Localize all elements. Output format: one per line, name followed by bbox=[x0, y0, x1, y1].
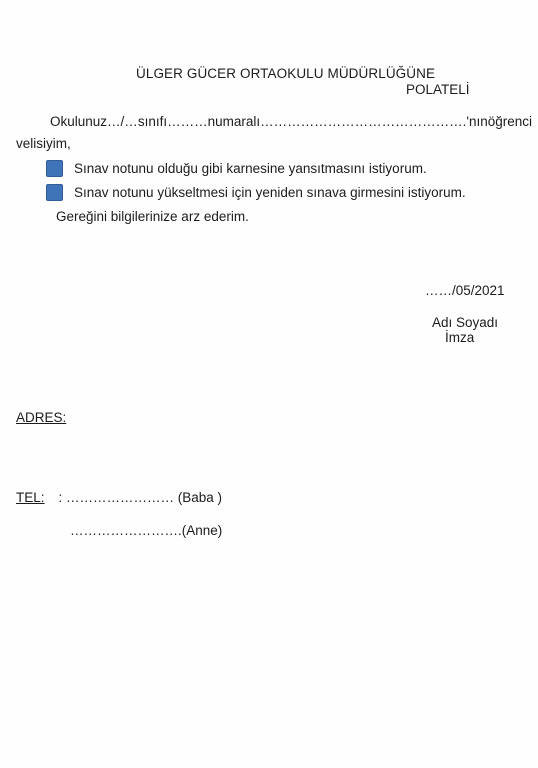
number-blank: ……… bbox=[167, 114, 208, 129]
address-label: ADRES: bbox=[16, 410, 66, 425]
paragraph-word: Okulunuz bbox=[50, 114, 107, 129]
option-label: Sınav notunu olduğu gibi karnesine yansı… bbox=[74, 161, 427, 176]
closing-text: Gereğini bilgilerinize arz ederim. bbox=[56, 209, 249, 224]
signature-sign-label: İmza bbox=[445, 330, 474, 345]
checkbox-icon[interactable] bbox=[46, 184, 63, 201]
document-subtitle: POLATELİ bbox=[406, 82, 470, 97]
paragraph-word: numaralı bbox=[208, 114, 261, 129]
phone-label: TEL: bbox=[16, 490, 45, 505]
paragraph-word: öğrenci bbox=[488, 114, 532, 129]
checkbox-icon[interactable] bbox=[46, 160, 63, 177]
paragraph-line: Okulunuz …/… sınıfı ……… numaralı …………………… bbox=[16, 114, 531, 129]
option-label: Sınav notunu yükseltmesi için yeniden sı… bbox=[74, 185, 466, 200]
paragraph-word: sınıfı bbox=[138, 114, 167, 129]
phone-father-row: TEL: : …………………… (Baba ) bbox=[16, 490, 222, 505]
phone-father-line: : …………………… (Baba ) bbox=[59, 490, 223, 505]
document-title: ÜLGER GÜCER ORTAOKULU MÜDÜRLÜĞÜNE bbox=[136, 66, 435, 81]
name-blank: ……………………………………….'nın bbox=[260, 114, 488, 129]
class-blank: …/… bbox=[107, 114, 138, 129]
signature-date: ……/05/2021 bbox=[425, 283, 505, 298]
option-keep-grade[interactable]: Sınav notunu olduğu gibi karnesine yansı… bbox=[46, 160, 427, 177]
signature-name-label: Adı Soyadı bbox=[432, 315, 498, 330]
option-retake-exam[interactable]: Sınav notunu yükseltmesi için yeniden sı… bbox=[46, 184, 466, 201]
phone-mother-line: …………………….(Anne) bbox=[70, 523, 222, 538]
paragraph-continuation: velisiyim, bbox=[16, 136, 71, 151]
